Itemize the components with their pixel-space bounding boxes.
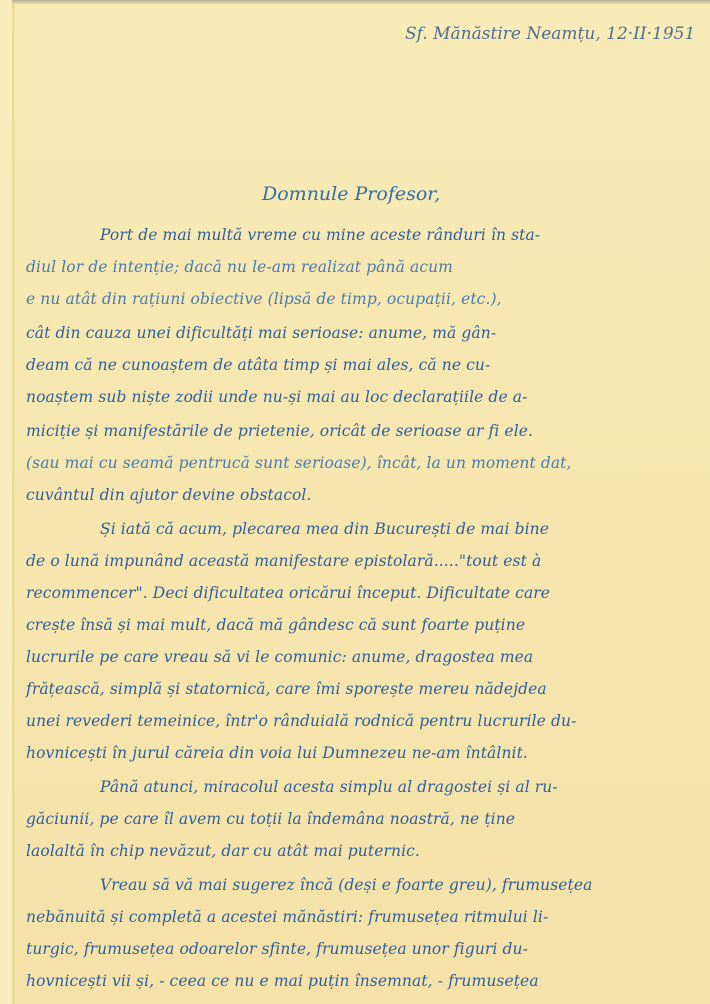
paper-fold-line <box>12 0 15 1004</box>
letter-line: Și iată că acum, plecarea mea din Bucure… <box>100 520 549 538</box>
letter-line: unei revederi temeinice, într'o rânduial… <box>26 712 576 730</box>
place-date-line: Sf. Mănăstire Neamțu, 12·II·1951 <box>405 24 695 44</box>
letter-line: Vreau să vă mai sugerez încă (deși e foa… <box>100 876 593 894</box>
letter-line: crește însă și mai mult, dacă mă gândesc… <box>26 616 525 634</box>
letter-line: frățească, simplă și statornică, care îm… <box>26 680 547 698</box>
letter-line: hovnicești vii și, - ceea ce nu e mai pu… <box>26 972 539 990</box>
letter-line: cuvântul din ajutor devine obstacol. <box>26 486 312 504</box>
letter-line: cât din cauza unei dificultăți mai serio… <box>26 324 496 342</box>
letter-line: deam că ne cunoaștem de atâta timp și ma… <box>26 356 490 374</box>
letter-line: recommencer". Deci dificultatea oricărui… <box>26 584 550 602</box>
letter-line: Port de mai multă vreme cu mine aceste r… <box>100 226 540 244</box>
letter-line: de o lună impunând această manifestare e… <box>26 552 541 570</box>
letter-line: hovnicești în jurul căreia din voia lui … <box>26 744 528 762</box>
salutation: Domnule Profesor, <box>262 183 440 205</box>
letter-line: găciunii, pe care îl avem cu toții la în… <box>26 810 515 828</box>
paper-top-edge <box>12 0 710 4</box>
letter-line: noaștem sub niște zodii unde nu-și mai a… <box>26 388 527 406</box>
letter-line: lucrurile pe care vreau să vi le comunic… <box>26 648 533 666</box>
letter-line: turgic, frumusețea odoarelor sfinte, fru… <box>26 940 528 958</box>
paper-margin-strip <box>0 0 12 1004</box>
letter-line: laolaltă în chip nevăzut, dar cu atât ma… <box>26 842 420 860</box>
letter-line: Până atunci, miracolul acesta simplu al … <box>100 778 558 796</box>
letter-line: nebănuită și completă a acestei mănăstir… <box>26 908 548 926</box>
letter-line: diul lor de intenție; dacă nu le-am real… <box>26 258 453 276</box>
letter-line: miciție și manifestările de prietenie, o… <box>26 422 533 440</box>
letter-line: (sau mai cu seamă pentrucă sunt serioase… <box>26 454 572 472</box>
letter-page: Sf. Mănăstire Neamțu, 12·II·1951 Domnule… <box>0 0 710 1004</box>
letter-line: e nu atât din rațiuni obiective (lipsă d… <box>26 290 502 308</box>
